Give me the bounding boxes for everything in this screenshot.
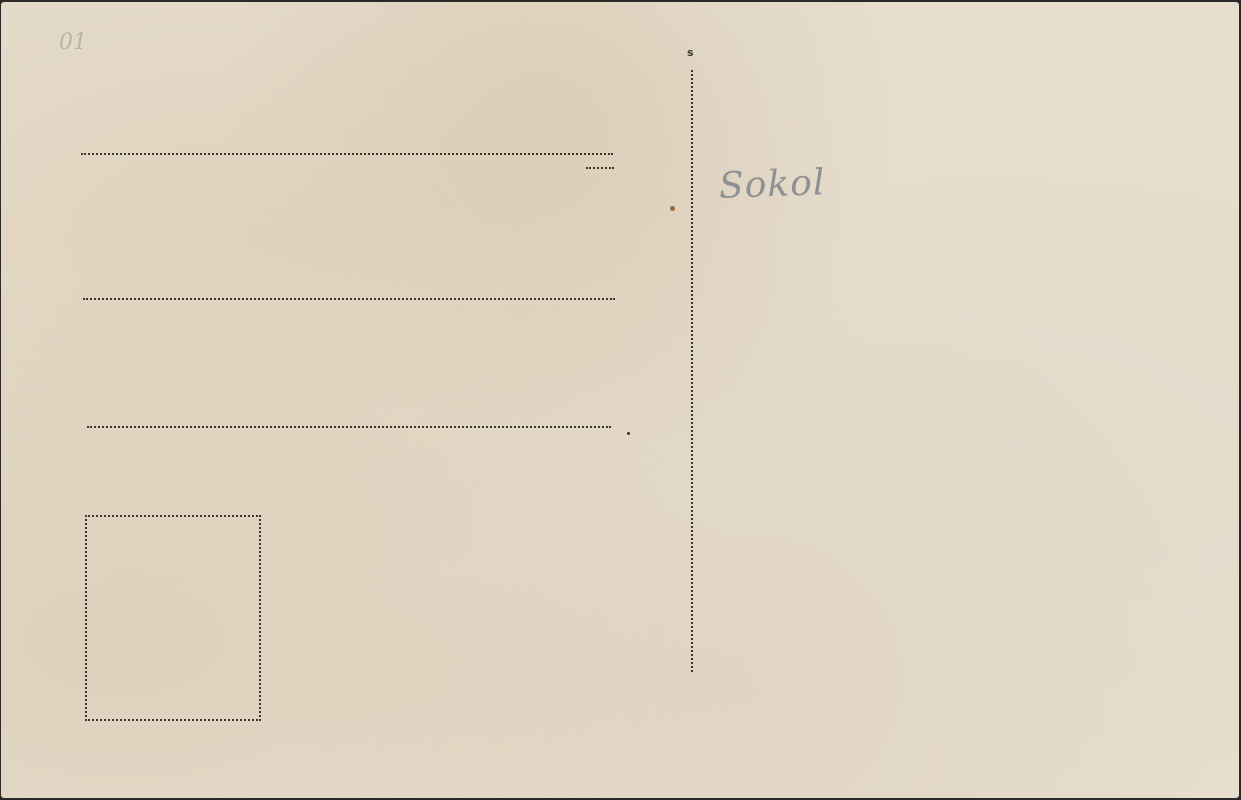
ink-dot bbox=[627, 432, 630, 435]
address-line-1 bbox=[81, 153, 613, 155]
center-divider-line bbox=[691, 70, 693, 672]
printer-mark: s bbox=[687, 46, 694, 59]
address-line-3 bbox=[87, 426, 611, 428]
pencil-corner-mark: 01 bbox=[59, 30, 87, 55]
handwritten-note: Sokol bbox=[718, 162, 826, 207]
address-line-2 bbox=[83, 298, 615, 300]
stamp-box bbox=[85, 515, 261, 721]
postcard-back: 01 s Sokol bbox=[1, 2, 1239, 798]
foxing-spot bbox=[670, 206, 675, 211]
address-line-1-underline bbox=[586, 167, 614, 169]
